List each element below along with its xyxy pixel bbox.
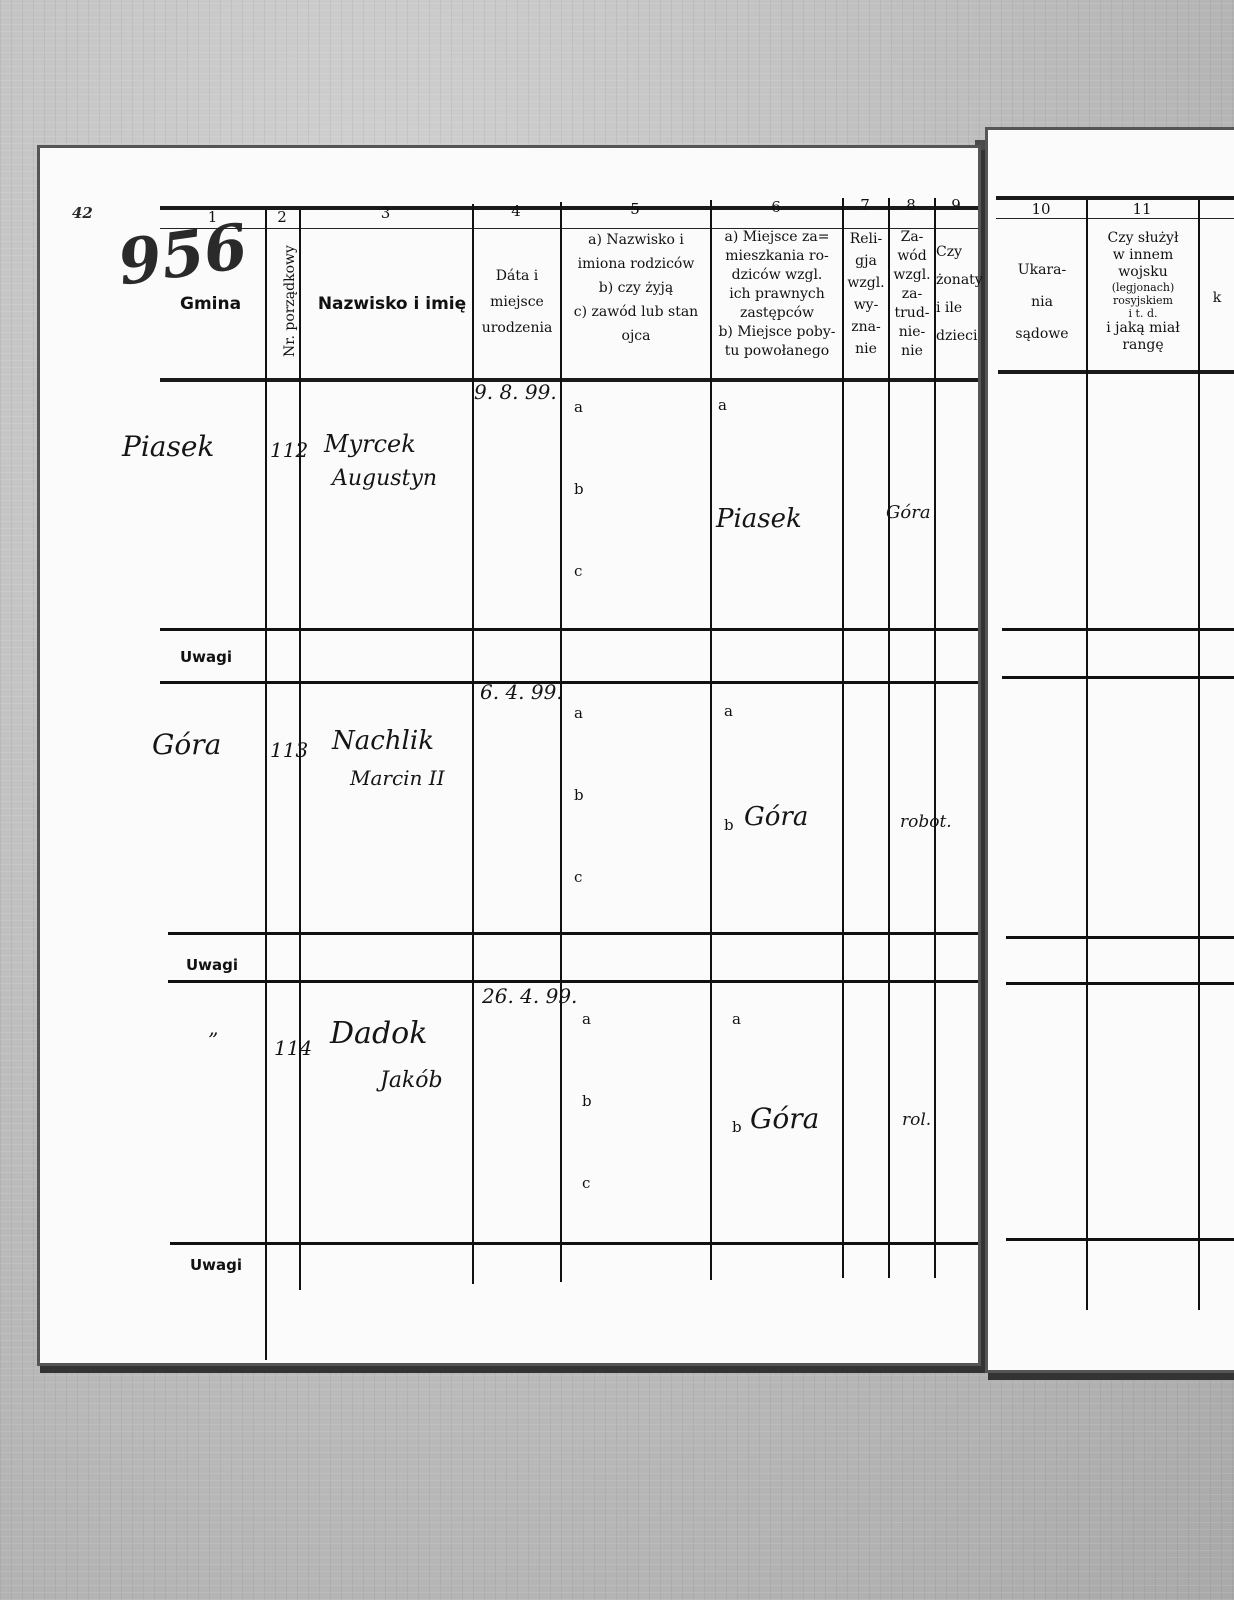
uwagi-2-top-rule — [168, 932, 978, 935]
uwagi-3-label: Uwagi — [190, 1256, 242, 1274]
entry-2-gmina: Góra — [152, 728, 221, 761]
entry-2-sub-c: c — [574, 868, 582, 886]
header-col7: Reli- gja wzgl. wy- zna- nie — [844, 228, 888, 360]
uwagi-1-field[interactable] — [268, 632, 976, 680]
col-num-1: 1 — [160, 208, 265, 226]
entry-2-nr: 113 — [270, 738, 308, 762]
entry-2-birth-date: 6. 4. 99. — [480, 680, 563, 704]
col-divider-3 — [472, 204, 474, 1284]
entry-1-surname: Myrcek — [324, 430, 416, 458]
header-col5-line: a) Nazwisko i — [562, 228, 710, 252]
header-col11-line: i jaką miał — [1088, 320, 1198, 337]
header-col6-line: ich prawnych — [712, 285, 842, 304]
uwagi-3-top-rule — [170, 1242, 978, 1245]
header-col6-line: tu powołanego — [712, 342, 842, 361]
entry-3-parents-residence: Góra — [750, 1102, 819, 1135]
col-num-11: 11 — [1086, 200, 1198, 218]
header-col5-line: c) zawód lub stan — [562, 300, 710, 324]
right-uwagi-2-top-rule — [1006, 936, 1234, 939]
entry-1-parents-residence: Piasek — [716, 504, 802, 534]
header-col6-line: dziców wzgl. — [712, 266, 842, 285]
right-uwagi-1-top-rule — [1002, 628, 1234, 631]
entry-3-nr: 114 — [274, 1036, 312, 1060]
col-divider-4 — [560, 202, 562, 1282]
col-divider-6 — [842, 198, 844, 1278]
header-col11-line: (legjonach) — [1088, 281, 1198, 294]
header-col7-line: gja — [844, 250, 888, 272]
header-col8-line: Za- — [890, 228, 934, 247]
header-gmina: Gmina — [180, 294, 241, 314]
header-col11-line: wojsku — [1088, 264, 1198, 281]
register-right-page: 10 11 Ukara- nia sądowe Czy służył w inn… — [988, 130, 1234, 1370]
header-col8-line: nie — [890, 342, 934, 361]
right-uwagi-3-top-rule — [1006, 1238, 1234, 1241]
header-col10: Ukara- nia sądowe — [998, 254, 1086, 350]
entry-3-given-name: Jakób — [380, 1068, 443, 1093]
header-col11-line: w innem — [1088, 247, 1198, 264]
col-num-2: 2 — [265, 208, 299, 226]
entry-2-sub-a: a — [574, 704, 583, 722]
entry-3-sub-b: b — [582, 1092, 592, 1110]
col-divider-10 — [1086, 200, 1088, 1310]
col-num-9: 9 — [934, 196, 978, 214]
header-col7-line: nie — [844, 338, 888, 360]
uwagi-1-top-rule — [160, 628, 978, 631]
entry-1-given-name: Augustyn — [332, 466, 437, 491]
entry-2-col6-a: a — [724, 702, 733, 720]
header-col5: a) Nazwisko i imiona rodziców b) czy żyj… — [562, 228, 710, 348]
entry-2-occupation: robot. — [900, 812, 952, 832]
entry-1-gmina: Piasek — [122, 430, 214, 463]
header-col11-line: Czy służył — [1088, 230, 1198, 247]
header-col9-line: Czy — [936, 238, 996, 266]
header-col8-line: wód — [890, 247, 934, 266]
entry-3-birth-date: 26. 4. 99. — [482, 984, 577, 1008]
col-num-10: 10 — [996, 200, 1086, 218]
entry-3-gmina: ” — [208, 1028, 218, 1052]
header-col8-line: wzgl. — [890, 266, 934, 285]
header-col7-line: zna- — [844, 316, 888, 338]
header-col6-line: b) Miejsce poby- — [712, 323, 842, 342]
entry-1-birth-date: 9. 8. 99. — [474, 380, 557, 404]
col-divider-11 — [1198, 200, 1200, 1310]
entry-3-surname: Dadok — [330, 1016, 427, 1051]
col-divider-8 — [934, 198, 936, 1278]
header-col5-line: imiona rodziców — [562, 252, 710, 276]
entry-2-parents-residence: Góra — [744, 802, 808, 832]
col-num-3: 3 — [299, 204, 472, 222]
header-col11-line: rangę — [1088, 337, 1198, 354]
header-col7-line: Reli- — [844, 228, 888, 250]
col-num-5: 5 — [560, 200, 710, 218]
page-number: 42 — [72, 204, 93, 222]
col-num-6: 6 — [710, 198, 842, 216]
col-num-4: 4 — [472, 202, 560, 220]
uwagi-3-field[interactable] — [280, 1246, 976, 1316]
entry-1-sub-a: a — [574, 398, 583, 416]
header-data-urodzenia-text: Dáta i miejsce urodzenia — [482, 268, 553, 336]
entry-1-occupation: Góra — [886, 502, 931, 523]
header-bottom-rule — [160, 378, 978, 382]
header-col5-line: b) czy żyją — [562, 276, 710, 300]
header-col6: a) Miejsce za= mieszkania ro- dziców wzg… — [712, 228, 842, 361]
header-col10-line: Ukara- — [998, 254, 1086, 286]
header-nr-porzadkowy: Nr. porządkowy — [282, 231, 298, 371]
entry-2-sub-b: b — [574, 786, 584, 804]
header-col11-line: rosyjskiem — [1088, 294, 1198, 307]
header-nazwisko-imie: Nazwisko i imię — [312, 294, 472, 314]
header-col9: Czy żonaty i ile dzieci — [936, 238, 996, 350]
uwagi-1-bottom-rule — [160, 681, 978, 684]
header-col7-line: wzgl. — [844, 272, 888, 294]
uwagi-1-label: Uwagi — [180, 648, 232, 666]
entry-2-col6-b: b — [724, 816, 734, 834]
header-col8-line: trud- — [890, 304, 934, 323]
header-col11-line: i t. d. — [1088, 307, 1198, 320]
entry-3-sub-a: a — [582, 1010, 591, 1028]
uwagi-2-label: Uwagi — [186, 956, 238, 974]
entry-3-col6-a: a — [732, 1010, 741, 1028]
entry-3-occupation: rol. — [902, 1110, 931, 1130]
header-col6-line: a) Miejsce za= — [712, 228, 842, 247]
entry-1-nr: 112 — [270, 438, 308, 462]
header-col11: Czy służył w innem wojsku (legjonach) ro… — [1088, 230, 1198, 354]
entry-3-col6-b: b — [732, 1118, 742, 1136]
col-divider-5 — [710, 200, 712, 1280]
header-col9-line: żonaty — [936, 266, 996, 294]
header-col5-line: ojca — [562, 324, 710, 348]
entry-1-col6-a: a — [718, 396, 727, 414]
header-col8: Za- wód wzgl. za- trud- nie- nie — [890, 228, 934, 361]
entry-1-sub-b: b — [574, 480, 584, 498]
entry-2-given-name: Marcin II — [350, 766, 445, 790]
entry-2-surname: Nachlik — [332, 726, 434, 756]
entry-1-sub-c: c — [574, 562, 582, 580]
uwagi-2-field[interactable] — [276, 936, 976, 978]
header-col10-line: nia — [998, 286, 1086, 318]
header-col9-line: dzieci — [936, 322, 996, 350]
right-uwagi-2-bottom-rule — [1006, 982, 1234, 985]
header-col6-line: mieszkania ro- — [712, 247, 842, 266]
uwagi-2-bottom-rule — [168, 980, 978, 983]
col-num-8: 8 — [888, 196, 934, 214]
right-uwagi-1-bottom-rule — [1002, 676, 1234, 679]
header-col8-line: nie- — [890, 323, 934, 342]
header-col10-line: sądowe — [998, 318, 1086, 350]
entry-3-sub-c: c — [582, 1174, 590, 1192]
register-left-page: 42 956 1 2 3 4 5 6 7 8 9 Gmina Nr. porzą… — [40, 148, 978, 1363]
col-num-7: 7 — [842, 196, 888, 214]
header-col12-fragment: k — [1202, 290, 1232, 307]
col-divider-1 — [265, 210, 267, 1360]
header-col8-line: za- — [890, 285, 934, 304]
header-col9-line: i ile — [936, 294, 996, 322]
header-col7-line: wy- — [844, 294, 888, 316]
header-data-urodzenia: Dáta i miejsce urodzenia — [474, 263, 560, 341]
header-col6-line: zastępców — [712, 304, 842, 323]
